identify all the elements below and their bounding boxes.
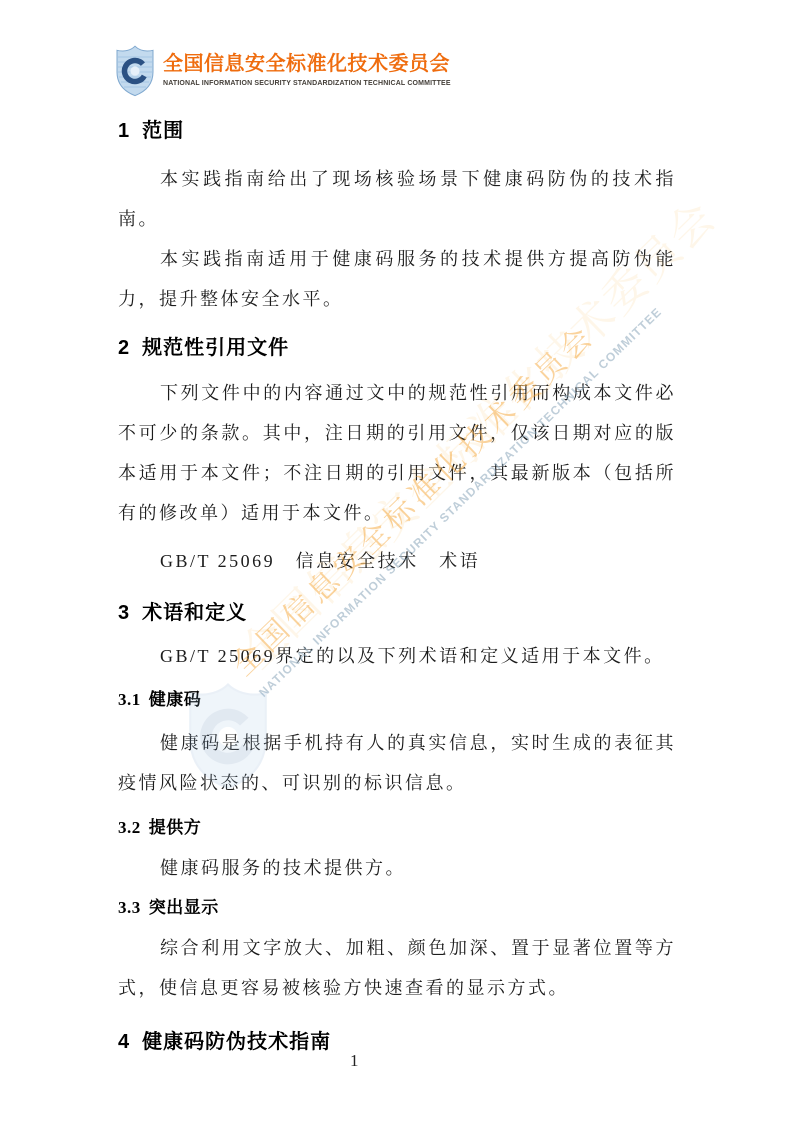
org-name-en: NATIONAL INFORMATION SECURITY STANDARDIZ… xyxy=(163,80,451,87)
term-3-3-heading: 3.3突出显示 xyxy=(118,897,676,919)
term-3-2-heading: 3.2提供方 xyxy=(118,817,676,839)
term-3-2-name: 提供方 xyxy=(149,818,202,837)
document-page: 全国信息安全标准化技术委员会 NATIONAL INFORMATION SECU… xyxy=(0,0,794,1123)
section-3-paragraph: GB/T 25069界定的以及下列术语和定义适用于本文件。 xyxy=(118,636,676,676)
term-3-1-heading: 3.1健康码 xyxy=(118,689,676,711)
section-2-paragraph: 下列文件中的内容通过文中的规范性引用而构成本文件必不可少的条款。其中，注日期的引… xyxy=(118,373,676,533)
document-body: 1范围 本实践指南给出了现场核验场景下健康码防伪的技术指南。 本实践指南适用于健… xyxy=(118,118,676,1055)
page-number: 1 xyxy=(350,1051,359,1071)
org-name-block: 全国信息安全标准化技术委员会 NATIONAL INFORMATION SECU… xyxy=(163,45,451,87)
section-3-number: 3 xyxy=(118,602,130,624)
term-3-3-definition: 综合利用文字放大、加粗、颜色加深、置于显著位置等方式，使信息更容易被核验方快速查… xyxy=(118,928,676,1008)
section-1-number: 1 xyxy=(118,120,130,142)
section-3-title: 术语和定义 xyxy=(142,602,247,624)
term-3-2-number: 3.2 xyxy=(118,818,141,837)
section-1-paragraph: 本实践指南适用于健康码服务的技术提供方提高防伪能力，提升整体安全水平。 xyxy=(118,239,676,319)
term-3-2-definition: 健康码服务的技术提供方。 xyxy=(118,848,676,888)
term-3-1-number: 3.1 xyxy=(118,690,141,709)
term-3-1-definition: 健康码是根据手机持有人的真实信息，实时生成的表征其疫情风险状态的、可识别的标识信… xyxy=(118,723,676,803)
committee-shield-icon xyxy=(115,45,155,97)
term-3-3-name: 突出显示 xyxy=(149,898,219,917)
term-3-3-number: 3.3 xyxy=(118,898,141,917)
section-1-paragraph: 本实践指南给出了现场核验场景下健康码防伪的技术指南。 xyxy=(118,159,676,239)
section-2-title: 规范性引用文件 xyxy=(142,337,289,359)
document-header: 全国信息安全标准化技术委员会 NATIONAL INFORMATION SECU… xyxy=(115,45,451,97)
section-2-number: 2 xyxy=(118,337,130,359)
section-4-number: 4 xyxy=(118,1031,130,1053)
section-3-heading: 3术语和定义 xyxy=(118,600,676,626)
section-1-title: 范围 xyxy=(142,120,184,142)
section-4-heading: 4健康码防伪技术指南 xyxy=(118,1029,676,1055)
org-name-zh: 全国信息安全标准化技术委员会 xyxy=(163,52,451,76)
section-2-heading: 2规范性引用文件 xyxy=(118,335,676,361)
section-1-heading: 1范围 xyxy=(118,118,676,144)
term-3-1-name: 健康码 xyxy=(149,690,202,709)
section-4-title: 健康码防伪技术指南 xyxy=(142,1031,331,1053)
normative-reference-line: GB/T 25069 信息安全技术 术语 xyxy=(118,541,676,581)
